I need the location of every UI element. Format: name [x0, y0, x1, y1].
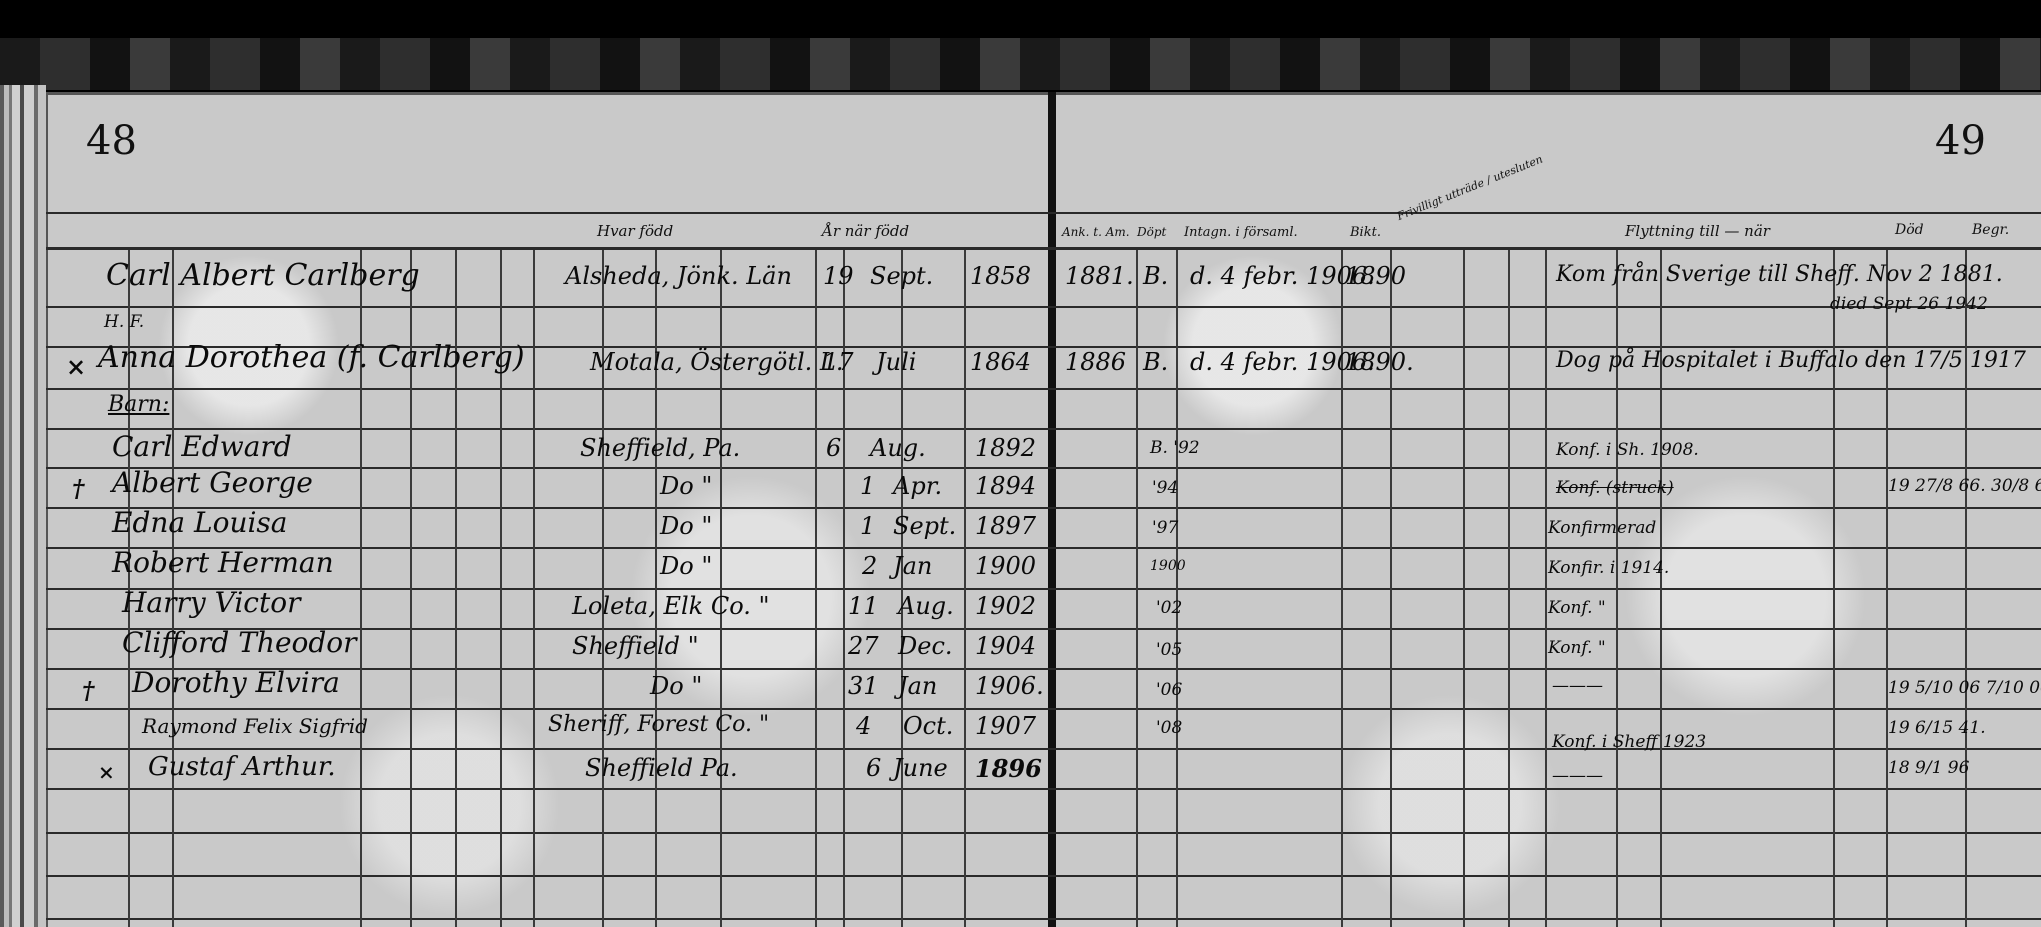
entry-birth-day: 4: [856, 712, 871, 740]
header-birthdate: År när född: [822, 222, 909, 240]
book-spine: [1048, 92, 1056, 927]
entry-birth-month: Aug.: [898, 592, 954, 620]
entry-birth-day: 2: [862, 552, 877, 580]
entry-subnote: H. F.: [104, 312, 144, 332]
book-edge-background: [0, 38, 2041, 90]
entry-notes: Kom från Sverige till Sheff. Nov 2 1881.: [1556, 262, 2003, 287]
entry-name: Edna Louisa: [112, 506, 288, 539]
entry-mark: †: [72, 474, 85, 503]
scan-top-margin: [0, 0, 2041, 38]
header-buried: Begr.: [1972, 222, 2009, 238]
entry-baptism: B. '92: [1150, 438, 1200, 458]
entry-name: Harry Victor: [122, 586, 300, 619]
entry-baptism: B.: [1143, 262, 1168, 290]
entry-died: 19 6/15 41.: [1888, 718, 1986, 738]
entry-birthplace: Sheffield ": [572, 632, 699, 660]
entry-birth-year: 1906.: [975, 672, 1044, 700]
entry-name: Anna Dorothea (f. Carlberg): [98, 340, 525, 375]
entry-birth-year: 1900: [975, 552, 1036, 580]
entry-birth-day: 17: [823, 348, 854, 376]
entry-birth-year: 1907: [975, 712, 1036, 740]
entry-birthplace: Sheriff, Forest Co. ": [548, 712, 769, 737]
entry-mark: ×: [66, 352, 86, 381]
entry-notes: Konf. (struck): [1556, 478, 1674, 498]
entry-name: Raymond Felix Sigfrid: [142, 714, 368, 738]
entry-name: Clifford Theodor: [122, 626, 357, 659]
entry-birth-year: 1864: [970, 348, 1031, 376]
entry-died: 19 5/10 06 7/10 06: [1888, 678, 2041, 698]
entry-birth-day: 1: [860, 512, 875, 540]
entry-name: Carl Albert Carlberg: [106, 258, 420, 293]
entry-birth-day: 19: [823, 262, 854, 290]
entry-baptism: '94: [1152, 478, 1178, 498]
entry-baptism: '97: [1152, 518, 1178, 538]
entry-birth-month: Jan: [893, 552, 932, 580]
entry-birth-year: 1896: [975, 754, 1042, 783]
entry-arrival: 1881.: [1065, 262, 1134, 290]
stacked-page-edges: [0, 85, 46, 927]
entry-notes: Dog på Hospitalet i Buffalo den 17/5 191…: [1556, 348, 2026, 373]
entry-birthplace: Do ": [660, 472, 712, 500]
entry-birth-day: 27: [848, 632, 879, 660]
right-page: [1056, 92, 2041, 927]
entry-notes: Konf. i Sh. 1908.: [1556, 440, 1699, 460]
entry-name: Gustaf Arthur.: [148, 752, 336, 782]
entry-mark: †: [82, 676, 95, 705]
entry-birth-year: 1897: [975, 512, 1036, 540]
entry-birth-month: Apr.: [893, 472, 942, 500]
entry-notes-death: died Sept 26 1942: [1830, 294, 1988, 314]
right-page-number: 49: [1935, 118, 1986, 164]
entry-birth-month: Dec.: [898, 632, 953, 660]
entry-birth-day: 6: [826, 434, 841, 462]
header-baptism: Döpt: [1137, 225, 1166, 239]
header-moved: Flyttning till — när: [1625, 222, 1770, 240]
header-died: Död: [1895, 222, 1924, 238]
entry-baptism: B.: [1143, 348, 1168, 376]
entry-birthplace: Do ": [660, 512, 712, 540]
entry-notes: Konfir. i 1914.: [1548, 558, 1669, 578]
entry-birth-year: 1902: [975, 592, 1036, 620]
header-top-rule: [46, 212, 2041, 214]
entry-birth-month: Oct.: [903, 712, 953, 740]
entry-birth-year: 1892: [975, 434, 1036, 462]
entry-notes: Konfirmerad: [1548, 518, 1656, 538]
entry-notes: Konf. ": [1548, 638, 1606, 658]
entry-baptism: '08: [1156, 718, 1182, 738]
entry-birth-month: Juli: [876, 348, 916, 376]
entry-name: Robert Herman: [112, 546, 334, 579]
entry-name: Albert George: [112, 466, 313, 499]
entry-died: 19 27/8 66. 30/8 66: [1888, 476, 2041, 496]
header-bottom-rule: [46, 247, 2041, 250]
entry-arrival: 1886: [1065, 348, 1126, 376]
header-confirmed: Bikt.: [1350, 225, 1381, 240]
entry-notes: ———: [1552, 676, 1603, 696]
entry-baptism: '06: [1156, 680, 1182, 700]
entry-birth-month: Aug.: [870, 434, 926, 462]
entry-birthplace: Loleta, Elk Co. ": [572, 592, 770, 620]
entry-mark: ×: [98, 760, 115, 784]
entry-birth-month: June: [893, 754, 948, 782]
left-page-number: 48: [86, 118, 137, 164]
children-section-label: Barn:: [108, 392, 169, 417]
entry-name: Carl Edward: [112, 430, 292, 463]
entry-birth-month: Jan: [898, 672, 937, 700]
entry-baptism: 1900: [1150, 558, 1186, 574]
entry-notes: ———: [1552, 766, 1603, 786]
entry-birth-day: 6: [866, 754, 881, 782]
header-birthplace: Hvar född: [597, 222, 673, 240]
entry-birth-month: Sept.: [870, 262, 933, 290]
entry-birthplace: Sheffield, Pa.: [580, 434, 740, 462]
entry-birth-month: Sept.: [893, 512, 956, 540]
entry-name: Dorothy Elvira: [132, 666, 340, 699]
entry-confirmed: 1890.: [1345, 348, 1414, 376]
entry-birth-year: 1894: [975, 472, 1036, 500]
entry-notes: Konf. ": [1548, 598, 1606, 618]
entry-birthplace: Do ": [660, 552, 712, 580]
header-arrival: Ank. t. Am.: [1062, 225, 1130, 239]
entry-birthplace: Motala, Östergötl. L.: [590, 348, 844, 376]
entry-baptism: '02: [1156, 598, 1182, 618]
entry-baptism: '05: [1156, 640, 1182, 660]
entry-birth-year: 1904: [975, 632, 1036, 660]
entry-confirmed: 1890: [1345, 262, 1406, 290]
entry-birthplace: Sheffield Pa.: [585, 754, 738, 782]
header-admitted: Intagn. i församl.: [1184, 225, 1298, 240]
entry-birth-day: 31: [848, 672, 879, 700]
entry-birth-year: 1858: [970, 262, 1031, 290]
entry-birthplace: Do ": [650, 672, 702, 700]
entry-died: 18 9/1 96: [1888, 758, 1969, 778]
entry-birth-day: 1: [860, 472, 875, 500]
entry-birth-day: 11: [848, 592, 879, 620]
entry-birthplace: Alsheda, Jönk. Län: [565, 262, 792, 290]
entry-notes: Konf. i Sheff 1923: [1552, 732, 1706, 752]
